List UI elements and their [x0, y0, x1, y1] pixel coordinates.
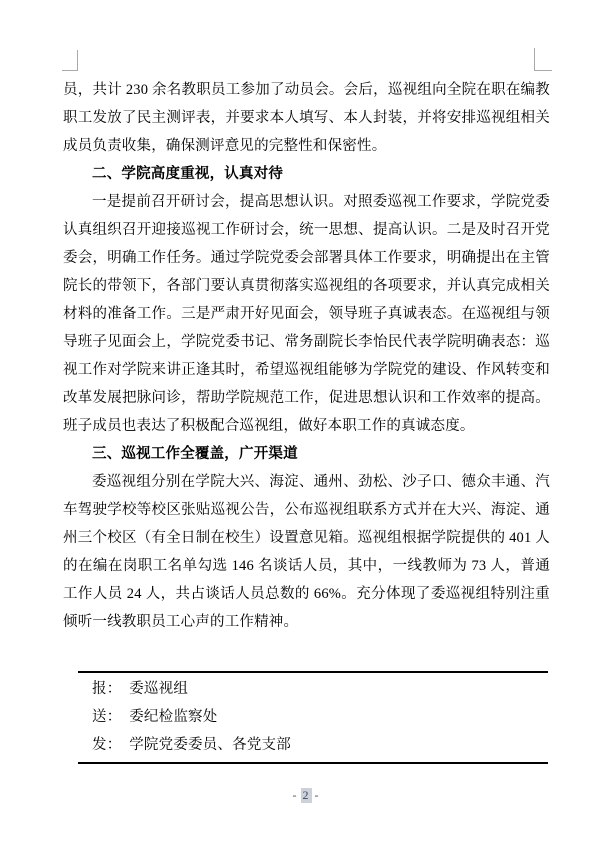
document-body: 员，共计 230 余名教职员工参加了动员会。会后，巡视组向全院在职在编教职工发放… [63, 76, 550, 636]
page-number-dash-right: - [315, 788, 320, 802]
section-heading-2: 二、学院高度重视，认真对待 [63, 160, 550, 188]
distribution-row-issue: 发： 学院党委委员、各党支部 [92, 731, 548, 759]
distribution-label-report: 报： [92, 681, 121, 697]
page-number: -2- [0, 788, 612, 803]
text-boundary-mark-top-left [62, 50, 78, 71]
distribution-row-send: 送： 委纪检监察处 [92, 703, 548, 731]
distribution-row-report: 报： 委巡视组 [92, 675, 548, 703]
distribution-value-issue: 学院党委委员、各党支部 [129, 737, 291, 753]
distribution-label-issue: 发： [92, 737, 121, 753]
distribution-label-send: 送： [92, 709, 121, 725]
distribution-value-report: 委巡视组 [129, 681, 188, 697]
document-page: 员，共计 230 余名教职员工参加了动员会。会后，巡视组向全院在职在编教职工发放… [0, 0, 612, 865]
distribution-list-block: 报： 委巡视组 送： 委纪检监察处 发： 学院党委委员、各党支部 [78, 671, 548, 764]
distribution-value-send: 委纪检监察处 [129, 709, 217, 725]
paragraph-section-2-body: 一是提前召开研讨会，提高思想认识。对照委巡视工作要求，学院党委认真组织召开迎接巡… [63, 188, 550, 440]
paragraph-section-3-body: 委巡视组分别在学院大兴、海淀、通州、劲松、沙子口、德众丰通、汽车驾驶学校等校区张… [63, 468, 550, 636]
page-number-field: 2 [301, 788, 312, 803]
paragraph-mobilization-continuation: 员，共计 230 余名教职员工参加了动员会。会后，巡视组向全院在职在编教职工发放… [63, 76, 550, 160]
page-number-dash-left: - [293, 788, 298, 802]
section-heading-3: 三、巡视工作全覆盖，广开渠道 [63, 440, 550, 468]
text-boundary-mark-top-right [534, 48, 552, 71]
